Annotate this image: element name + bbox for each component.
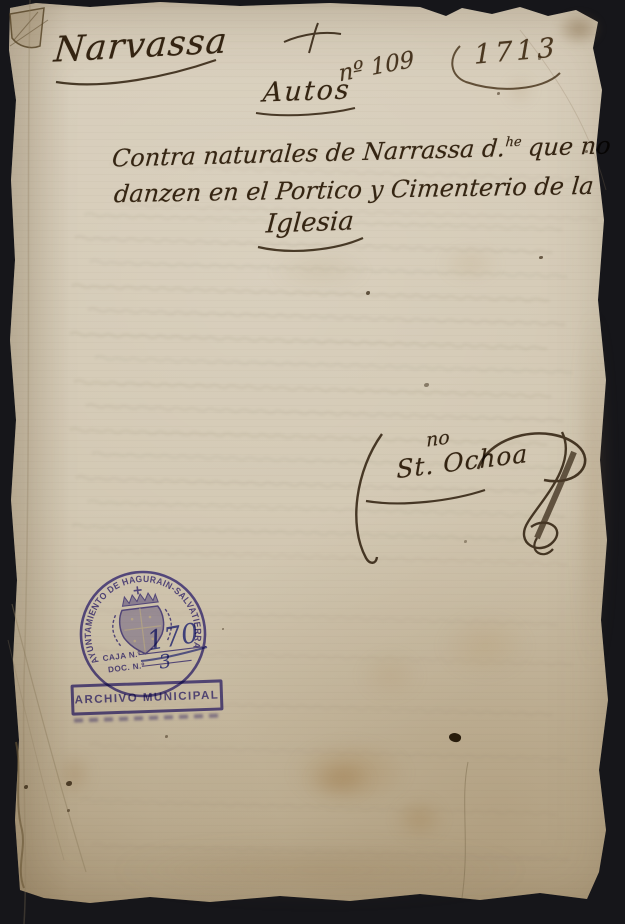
archive-municipal-stamp: ARCHIVO MUNICIPAL [71, 679, 224, 715]
title-line1-tail: que no [527, 131, 612, 161]
scan-background: Narvassa Autos nº 109 1713 Contra natura… [0, 0, 625, 924]
seal-doc-label: DOC. N.º [108, 661, 146, 674]
title-line1-superscript: he [505, 135, 522, 150]
title-line3: Iglesia [265, 206, 355, 239]
archive-stamp-label: ARCHIVO MUNICIPAL [74, 689, 219, 706]
